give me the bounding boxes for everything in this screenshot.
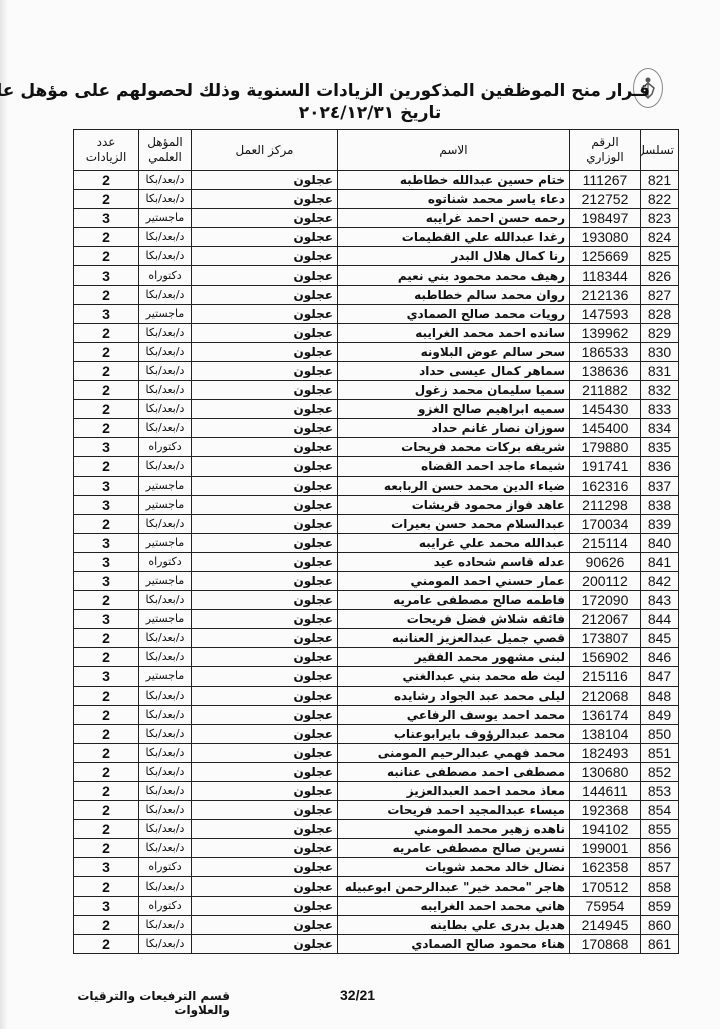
work-center-cell: عجلون (192, 571, 338, 590)
serial-cell: 824 (641, 228, 679, 247)
raises-count-cell: 2 (74, 323, 139, 342)
table-row: 828147593رويات محمد صالح الصماديعجلونماج… (74, 304, 679, 323)
table-row: 821111267ختام حسين عبدالله خطاطبهعجلوند/… (74, 171, 679, 190)
name-cell: محمد احمد يوسف الرفاعي (338, 705, 570, 724)
name-cell: سميا سليمان محمد زغول (338, 381, 570, 400)
ministry-id-cell: 125669 (570, 247, 641, 266)
ministry-id-cell: 214945 (570, 915, 641, 934)
ministry-id-cell: 136174 (570, 705, 641, 724)
raises-count-cell: 2 (74, 400, 139, 419)
qualification-cell: د/بعد/بكا (139, 381, 192, 400)
raises-count-cell: 2 (74, 591, 139, 610)
table-row: 832211882سميا سليمان محمد زغولعجلوند/بعد… (74, 381, 679, 400)
table-row: 850138104محمد عبدالرؤوف بايرابوعنابعجلون… (74, 724, 679, 743)
raises-count-cell: 3 (74, 209, 139, 228)
table-row: 835179880شريفه بركات محمد فريحاتعجلوندكت… (74, 438, 679, 457)
ministry-id-cell: 170868 (570, 934, 641, 953)
qualification-cell: د/بعد/بكا (139, 247, 192, 266)
qualification-cell: ماجستير (139, 495, 192, 514)
qualification-cell: د/بعد/بكا (139, 171, 192, 190)
name-cell: ناهده زهير محمد المومني (338, 820, 570, 839)
work-center-cell: عجلون (192, 648, 338, 667)
table-row: 837162316ضياء الدين محمد حسن الربابعهعجل… (74, 476, 679, 495)
name-cell: نسرين صالح مصطفى عامريه (338, 839, 570, 858)
serial-cell: 860 (641, 915, 679, 934)
raises-count-cell: 2 (74, 705, 139, 724)
serial-cell: 843 (641, 591, 679, 610)
ministry-id-cell: 111267 (570, 171, 641, 190)
work-center-cell: عجلون (192, 476, 338, 495)
table-row: 847215116ليث طه محمد بني عبدالغنيعجلونما… (74, 667, 679, 686)
document-header: قـرار منح الموظفين المذكورين الزيادات ال… (90, 80, 650, 124)
raises-count-cell: 2 (74, 247, 139, 266)
raises-count-cell: 2 (74, 877, 139, 896)
table-row: 843172090فاطمه صالح مصطفى عامريهعجلوند/ب… (74, 591, 679, 610)
qualification-cell: دكتوراه (139, 552, 192, 571)
ministry-id-cell: 198497 (570, 209, 641, 228)
ministry-id-cell: 170512 (570, 877, 641, 896)
name-cell: ميساء عبدالمجيد احمد فريحات (338, 801, 570, 820)
ministry-id-cell: 199001 (570, 839, 641, 858)
ministry-id-cell: 138636 (570, 361, 641, 380)
table-row: 833145430سميه ابراهيم صالح الغزوعجلوند/ب… (74, 400, 679, 419)
col-id-header: الرقم الوزاري (570, 130, 641, 171)
ministry-id-cell: 212752 (570, 190, 641, 209)
name-cell: نضال خالد محمد شويات (338, 858, 570, 877)
ministry-id-cell: 194102 (570, 820, 641, 839)
work-center-cell: عجلون (192, 934, 338, 953)
qualification-cell: د/بعد/بكا (139, 591, 192, 610)
serial-cell: 828 (641, 304, 679, 323)
ministry-id-cell: 139962 (570, 323, 641, 342)
ministry-id-cell: 145400 (570, 419, 641, 438)
qualification-cell: دكتوراه (139, 858, 192, 877)
work-center-cell: عجلون (192, 552, 338, 571)
name-cell: شريفه بركات محمد فريحات (338, 438, 570, 457)
qualification-cell: د/بعد/بكا (139, 820, 192, 839)
work-center-cell: عجلون (192, 743, 338, 762)
serial-cell: 856 (641, 839, 679, 858)
serial-cell: 836 (641, 457, 679, 476)
work-center-cell: عجلون (192, 686, 338, 705)
ministry-id-cell: 138104 (570, 724, 641, 743)
ministry-id-cell: 162358 (570, 858, 641, 877)
table-row: 856199001نسرين صالح مصطفى عامريهعجلوند/ب… (74, 839, 679, 858)
table-row: 825125669رنا كمال هلال البدرعجلوند/بعد/ب… (74, 247, 679, 266)
name-cell: هديل بدرى علي بطاينه (338, 915, 570, 934)
raises-count-cell: 3 (74, 266, 139, 285)
raises-count-cell: 3 (74, 438, 139, 457)
qualification-cell: ماجستير (139, 571, 192, 590)
qualification-cell: د/بعد/بكا (139, 323, 192, 342)
raises-count-cell: 2 (74, 743, 139, 762)
serial-cell: 841 (641, 552, 679, 571)
table-row: 852130680مصطفى احمد مصطفى عنانبهعجلوند/ب… (74, 762, 679, 781)
title-line-2: تاريخ ٢٠٢٤/١٢/٣١ (90, 102, 650, 124)
raises-count-cell: 2 (74, 762, 139, 781)
serial-cell: 847 (641, 667, 679, 686)
work-center-cell: عجلون (192, 610, 338, 629)
name-cell: عدله قاسم شحاده عيد (338, 552, 570, 571)
raises-count-cell: 3 (74, 896, 139, 915)
table-row: 839170034عبدالسلام محمد حسن بعيراتعجلوند… (74, 514, 679, 533)
raises-count-cell: 3 (74, 667, 139, 686)
serial-cell: 839 (641, 514, 679, 533)
name-cell: ليلى محمد عبد الجواد رشايده (338, 686, 570, 705)
raises-table: تسلسل الرقم الوزاري الاسم مركز العمل الم… (73, 129, 679, 954)
ministry-id-cell: 191741 (570, 457, 641, 476)
work-center-cell: عجلون (192, 705, 338, 724)
department-name: قسم الترفيعات والترقيات والعلاوات (60, 989, 230, 1017)
ministry-id-cell: 130680 (570, 762, 641, 781)
qualification-cell: د/بعد/بكا (139, 419, 192, 438)
qualification-cell: ماجستير (139, 476, 192, 495)
ministry-id-cell: 75954 (570, 896, 641, 915)
serial-cell: 844 (641, 610, 679, 629)
name-cell: فائقه شلاش فضل فريحات (338, 610, 570, 629)
table-row: 830186533سحر سالم عوض البلاونهعجلوند/بعد… (74, 342, 679, 361)
qualification-cell: د/بعد/بكا (139, 648, 192, 667)
name-cell: رغدا عبدالله علي القطيمات (338, 228, 570, 247)
ministry-id-cell: 186533 (570, 342, 641, 361)
name-cell: محمد فهمي عبدالرحيم المومنى (338, 743, 570, 762)
serial-cell: 827 (641, 285, 679, 304)
table-row: 849136174محمد احمد يوسف الرفاعيعجلوند/بع… (74, 705, 679, 724)
ministry-id-cell: 193080 (570, 228, 641, 247)
table-row: 858170512هاجر "محمد خير" عبدالرحمن ابوعب… (74, 877, 679, 896)
table-row: 838211298عاهد فواز محمود قريشاتعجلونماجس… (74, 495, 679, 514)
qualification-cell: د/بعد/بكا (139, 915, 192, 934)
name-cell: عبدالسلام محمد حسن بعيرات (338, 514, 570, 533)
work-center-cell: عجلون (192, 762, 338, 781)
raises-count-cell: 2 (74, 782, 139, 801)
ministry-id-cell: 145430 (570, 400, 641, 419)
raises-count-cell: 2 (74, 228, 139, 247)
table-row: 851182493محمد فهمي عبدالرحيم المومنىعجلو… (74, 743, 679, 762)
ministry-id-cell: 172090 (570, 591, 641, 610)
work-center-cell: عجلون (192, 915, 338, 934)
table-row: 844212067فائقه شلاش فضل فريحاتعجلونماجست… (74, 610, 679, 629)
col-serial-header: تسلسل (641, 130, 679, 171)
ministry-id-cell: 212067 (570, 610, 641, 629)
qualification-cell: د/بعد/بكا (139, 514, 192, 533)
qualification-cell: د/بعد/بكا (139, 782, 192, 801)
work-center-cell: عجلون (192, 304, 338, 323)
table-row: 826118344رهيف محمد محمود بني نعيمعجلوندك… (74, 266, 679, 285)
name-cell: هناء محمود صالح الصمادي (338, 934, 570, 953)
name-cell: فاطمه صالح مصطفى عامريه (338, 591, 570, 610)
name-cell: هاجر "محمد خير" عبدالرحمن ابوعبيله (338, 877, 570, 896)
work-center-cell: عجلون (192, 629, 338, 648)
name-cell: هاني محمد احمد الغرايبه (338, 896, 570, 915)
qualification-cell: د/بعد/بكا (139, 342, 192, 361)
serial-cell: 833 (641, 400, 679, 419)
work-center-cell: عجلون (192, 171, 338, 190)
table-row: 860214945هديل بدرى علي بطاينهعجلوند/بعد/… (74, 915, 679, 934)
qualification-cell: د/بعد/بكا (139, 361, 192, 380)
table-row: 857162358نضال خالد محمد شوياتعجلوندكتورا… (74, 858, 679, 877)
table-row: 827212136روان محمد سالم خطاطبهعجلوند/بعد… (74, 285, 679, 304)
title-line-1: قـرار منح الموظفين المذكورين الزيادات ال… (90, 80, 650, 102)
table-row: 824193080رغدا عبدالله علي القطيماتعجلوند… (74, 228, 679, 247)
qualification-cell: ماجستير (139, 667, 192, 686)
ministry-id-cell: 162316 (570, 476, 641, 495)
raises-count-cell: 2 (74, 171, 139, 190)
serial-cell: 822 (641, 190, 679, 209)
ministry-id-cell: 212068 (570, 686, 641, 705)
work-center-cell: عجلون (192, 457, 338, 476)
serial-cell: 849 (641, 705, 679, 724)
name-cell: رحمه حسن احمد غرايبه (338, 209, 570, 228)
serial-cell: 861 (641, 934, 679, 953)
table-row: 840215114عبدالله محمد علي غرايبهعجلونماج… (74, 533, 679, 552)
work-center-cell: عجلون (192, 342, 338, 361)
raises-count-cell: 2 (74, 801, 139, 820)
raises-count-cell: 3 (74, 571, 139, 590)
name-cell: رويات محمد صالح الصمادي (338, 304, 570, 323)
work-center-cell: عجلون (192, 247, 338, 266)
work-center-cell: عجلون (192, 724, 338, 743)
ministry-id-cell: 118344 (570, 266, 641, 285)
raises-count-cell: 3 (74, 858, 139, 877)
work-center-cell: عجلون (192, 820, 338, 839)
qualification-cell: د/بعد/بكا (139, 190, 192, 209)
qualification-cell: د/بعد/بكا (139, 877, 192, 896)
work-center-cell: عجلون (192, 400, 338, 419)
table-row: 831138636سماهر كمال عيسى حدادعجلوند/بعد/… (74, 361, 679, 380)
raises-count-cell: 2 (74, 934, 139, 953)
qualification-cell: د/بعد/بكا (139, 801, 192, 820)
serial-cell: 825 (641, 247, 679, 266)
name-cell: سماهر كمال عيسى حداد (338, 361, 570, 380)
serial-cell: 850 (641, 724, 679, 743)
raises-count-cell: 2 (74, 514, 139, 533)
serial-cell: 848 (641, 686, 679, 705)
serial-cell: 854 (641, 801, 679, 820)
raises-count-cell: 2 (74, 381, 139, 400)
name-cell: سوزان نصار غانم حداد (338, 419, 570, 438)
ministry-id-cell: 211298 (570, 495, 641, 514)
work-center-cell: عجلون (192, 438, 338, 457)
name-cell: رهيف محمد محمود بني نعيم (338, 266, 570, 285)
table-row: 842200112عمار حسني احمد المومنيعجلونماجس… (74, 571, 679, 590)
qualification-cell: د/بعد/بكا (139, 400, 192, 419)
col-name-header: الاسم (338, 130, 570, 171)
work-center-cell: عجلون (192, 801, 338, 820)
name-cell: قصي جميل عبدالعزيز العنانبه (338, 629, 570, 648)
qualification-cell: دكتوراه (139, 438, 192, 457)
serial-cell: 858 (641, 877, 679, 896)
serial-cell: 857 (641, 858, 679, 877)
raises-count-cell: 2 (74, 839, 139, 858)
raises-count-cell: 2 (74, 419, 139, 438)
ministry-id-cell: 215116 (570, 667, 641, 686)
serial-cell: 842 (641, 571, 679, 590)
col-qualification-header: المؤهل العلمي (139, 130, 192, 171)
name-cell: ضياء الدين محمد حسن الربابعه (338, 476, 570, 495)
serial-cell: 821 (641, 171, 679, 190)
name-cell: ختام حسين عبدالله خطاطبه (338, 171, 570, 190)
serial-cell: 845 (641, 629, 679, 648)
raises-count-cell: 2 (74, 915, 139, 934)
col-center-header: مركز العمل (192, 130, 338, 171)
serial-cell: 838 (641, 495, 679, 514)
raises-count-cell: 3 (74, 552, 139, 571)
name-cell: عمار حسني احمد المومني (338, 571, 570, 590)
serial-cell: 855 (641, 820, 679, 839)
table-row: 855194102ناهده زهير محمد المومنيعجلوند/ب… (74, 820, 679, 839)
table-row: 846156902لبنى مشهور محمد الفقيرعجلوند/بع… (74, 648, 679, 667)
work-center-cell: عجلون (192, 323, 338, 342)
raises-count-cell: 2 (74, 820, 139, 839)
work-center-cell: عجلون (192, 209, 338, 228)
work-center-cell: عجلون (192, 782, 338, 801)
name-cell: عاهد فواز محمود قريشات (338, 495, 570, 514)
qualification-cell: د/بعد/بكا (139, 934, 192, 953)
table-row: 854192368ميساء عبدالمجيد احمد فريحاتعجلو… (74, 801, 679, 820)
serial-cell: 835 (641, 438, 679, 457)
ministry-id-cell: 170034 (570, 514, 641, 533)
qualification-cell: د/بعد/بكا (139, 457, 192, 476)
qualification-cell: دكتوراه (139, 896, 192, 915)
qualification-cell: دكتوراه (139, 266, 192, 285)
ministry-id-cell: 147593 (570, 304, 641, 323)
qualification-cell: ماجستير (139, 209, 192, 228)
serial-cell: 831 (641, 361, 679, 380)
raises-count-cell: 3 (74, 476, 139, 495)
serial-cell: 823 (641, 209, 679, 228)
table-row: 836191741شيماء ماجد احمد القضاهعجلوند/بع… (74, 457, 679, 476)
qualification-cell: د/بعد/بكا (139, 743, 192, 762)
raises-count-cell: 2 (74, 361, 139, 380)
table-row: 848212068ليلى محمد عبد الجواد رشايدهعجلو… (74, 686, 679, 705)
qualification-cell: ماجستير (139, 304, 192, 323)
name-cell: لبنى مشهور محمد الفقير (338, 648, 570, 667)
work-center-cell: عجلون (192, 266, 338, 285)
serial-cell: 832 (641, 381, 679, 400)
raises-count-cell: 3 (74, 495, 139, 514)
raises-count-cell: 2 (74, 285, 139, 304)
table-row: 823198497رحمه حسن احمد غرايبهعجلونماجستي… (74, 209, 679, 228)
work-center-cell: عجلون (192, 896, 338, 915)
ministry-id-cell: 156902 (570, 648, 641, 667)
ministry-id-cell: 200112 (570, 571, 641, 590)
name-cell: محمد عبدالرؤوف بايرابوعناب (338, 724, 570, 743)
serial-cell: 852 (641, 762, 679, 781)
name-cell: سحر سالم عوض البلاونه (338, 342, 570, 361)
raises-count-cell: 2 (74, 724, 139, 743)
qualification-cell: ماجستير (139, 533, 192, 552)
serial-cell: 840 (641, 533, 679, 552)
ministry-id-cell: 215114 (570, 533, 641, 552)
ministry-id-cell: 182493 (570, 743, 641, 762)
table-row: 861170868هناء محمود صالح الصماديعجلوند/ب… (74, 934, 679, 953)
serial-cell: 826 (641, 266, 679, 285)
work-center-cell: عجلون (192, 228, 338, 247)
work-center-cell: عجلون (192, 495, 338, 514)
raises-count-cell: 2 (74, 686, 139, 705)
name-cell: مصطفى احمد مصطفى عنانبه (338, 762, 570, 781)
work-center-cell: عجلون (192, 533, 338, 552)
table-row: 834145400سوزان نصار غانم حدادعجلوند/بعد/… (74, 419, 679, 438)
table-row: 829139962سانده احمد محمد الغرايبهعجلوند/… (74, 323, 679, 342)
serial-cell: 853 (641, 782, 679, 801)
work-center-cell: عجلون (192, 419, 338, 438)
name-cell: عبدالله محمد علي غرايبه (338, 533, 570, 552)
qualification-cell: د/بعد/بكا (139, 762, 192, 781)
qualification-cell: د/بعد/بكا (139, 686, 192, 705)
serial-cell: 837 (641, 476, 679, 495)
raises-count-cell: 2 (74, 190, 139, 209)
table-row: 853144611معاذ محمد احمد العبدالعزيزعجلون… (74, 782, 679, 801)
raises-count-cell: 2 (74, 648, 139, 667)
table-row: 85975954هاني محمد احمد الغرايبهعجلوندكتو… (74, 896, 679, 915)
serial-cell: 834 (641, 419, 679, 438)
work-center-cell: عجلون (192, 839, 338, 858)
qualification-cell: د/بعد/بكا (139, 705, 192, 724)
serial-cell: 851 (641, 743, 679, 762)
serial-cell: 859 (641, 896, 679, 915)
qualification-cell: د/بعد/بكا (139, 228, 192, 247)
table-row: 845173807قصي جميل عبدالعزيز العنانبهعجلو… (74, 629, 679, 648)
work-center-cell: عجلون (192, 877, 338, 896)
ministry-id-cell: 212136 (570, 285, 641, 304)
table-header-row: تسلسل الرقم الوزاري الاسم مركز العمل الم… (74, 130, 679, 171)
ministry-id-cell: 144611 (570, 782, 641, 801)
name-cell: سانده احمد محمد الغرايبه (338, 323, 570, 342)
raises-count-cell: 2 (74, 342, 139, 361)
ministry-id-cell: 192368 (570, 801, 641, 820)
name-cell: رنا كمال هلال البدر (338, 247, 570, 266)
qualification-cell: ماجستير (139, 610, 192, 629)
name-cell: دعاء ياسر محمد شناتوه (338, 190, 570, 209)
qualification-cell: د/بعد/بكا (139, 285, 192, 304)
name-cell: روان محمد سالم خطاطبه (338, 285, 570, 304)
serial-cell: 830 (641, 342, 679, 361)
ministry-id-cell: 173807 (570, 629, 641, 648)
col-count-header: عدد الزيادات (74, 130, 139, 171)
name-cell: معاذ محمد احمد العبدالعزيز (338, 782, 570, 801)
table-row: 822212752دعاء ياسر محمد شناتوهعجلوند/بعد… (74, 190, 679, 209)
work-center-cell: عجلون (192, 591, 338, 610)
work-center-cell: عجلون (192, 858, 338, 877)
name-cell: ليث طه محمد بني عبدالغني (338, 667, 570, 686)
work-center-cell: عجلون (192, 667, 338, 686)
raises-count-cell: 3 (74, 304, 139, 323)
serial-cell: 829 (641, 323, 679, 342)
table-body: 821111267ختام حسين عبدالله خطاطبهعجلوند/… (74, 171, 679, 954)
page-edge-shadow (0, 0, 8, 1029)
ministry-id-cell: 179880 (570, 438, 641, 457)
qualification-cell: د/بعد/بكا (139, 724, 192, 743)
ministry-id-cell: 211882 (570, 381, 641, 400)
raises-count-cell: 3 (74, 610, 139, 629)
raises-count-cell: 2 (74, 629, 139, 648)
name-cell: شيماء ماجد احمد القضاه (338, 457, 570, 476)
work-center-cell: عجلون (192, 285, 338, 304)
name-cell: سميه ابراهيم صالح الغزو (338, 400, 570, 419)
work-center-cell: عجلون (192, 361, 338, 380)
qualification-cell: د/بعد/بكا (139, 839, 192, 858)
work-center-cell: عجلون (192, 381, 338, 400)
page-number: 32/21 (340, 987, 375, 1003)
raises-count-cell: 2 (74, 457, 139, 476)
work-center-cell: عجلون (192, 190, 338, 209)
work-center-cell: عجلون (192, 514, 338, 533)
raises-count-cell: 3 (74, 533, 139, 552)
qualification-cell: د/بعد/بكا (139, 629, 192, 648)
table-row: 84190626عدله قاسم شحاده عيدعجلوندكتوراه3 (74, 552, 679, 571)
